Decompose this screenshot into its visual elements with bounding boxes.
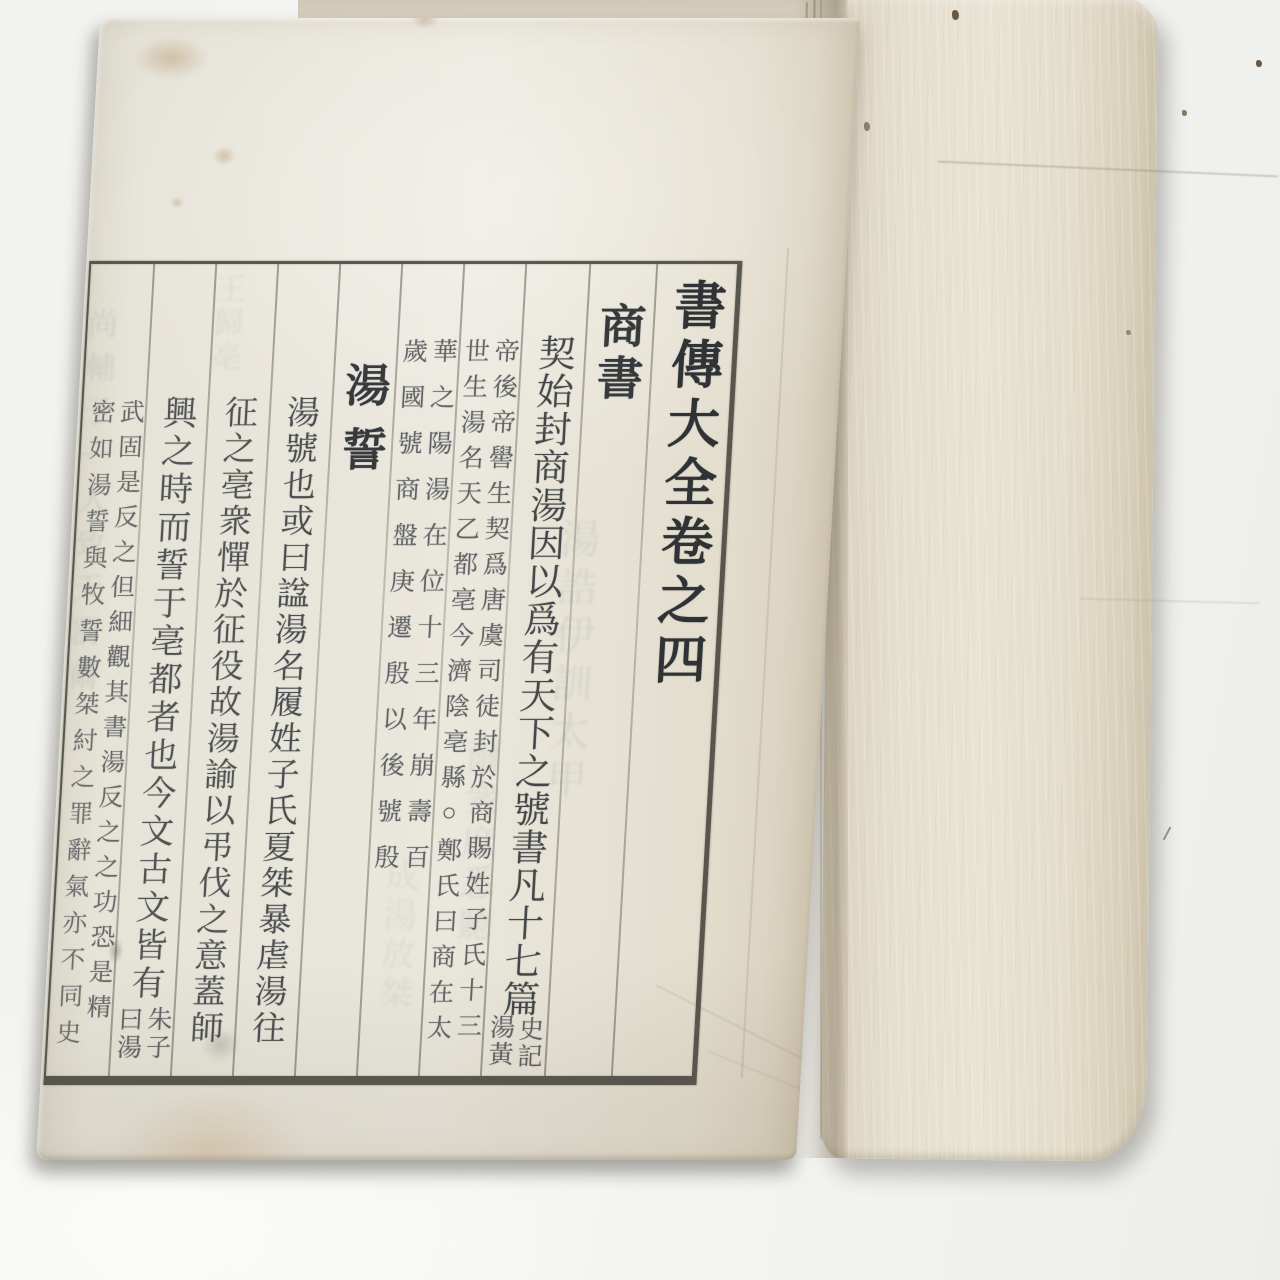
right-page-blank [820, 0, 1158, 1162]
paper-speck [1182, 110, 1187, 116]
foxing-stain [212, 146, 237, 166]
paper-speck [952, 10, 959, 20]
interlinear-note-left: 曰湯 [109, 1006, 144, 1116]
foxing-stain [409, 18, 440, 30]
paper-speck [1163, 826, 1172, 840]
paper-speck [864, 122, 870, 131]
paper-speck [1126, 330, 1131, 335]
woodblock-text-frame: 書傳大全卷之四 商書 契始封商湯因以爲有天下之號書凡十七篇 史記 湯黃 帝後帝嚳… [43, 261, 742, 1085]
photo-scene: 湯誥伊訓太甲 爾衆庶悉聽 成湯放桀 王歸亳 尚輔予一人致天罰爾 書傳大全卷之四 … [0, 0, 1280, 1280]
foxing-stain [131, 36, 211, 80]
column-book-heading: 商書 [575, 302, 654, 522]
foxing-stain [169, 196, 185, 209]
paper-speck [1256, 60, 1262, 67]
left-page-printed: 湯誥伊訓太甲 爾衆庶悉聽 成湯放桀 王歸亳 尚輔予一人致天罰爾 書傳大全卷之四 … [36, 18, 860, 1160]
interlinear-note-right: 朱子 [138, 1006, 173, 1116]
leaf-fold-line [741, 248, 789, 1078]
interlinear-note-right: 史記 [509, 1016, 544, 1126]
interlinear-note-left: 湯黃 [480, 1014, 515, 1124]
